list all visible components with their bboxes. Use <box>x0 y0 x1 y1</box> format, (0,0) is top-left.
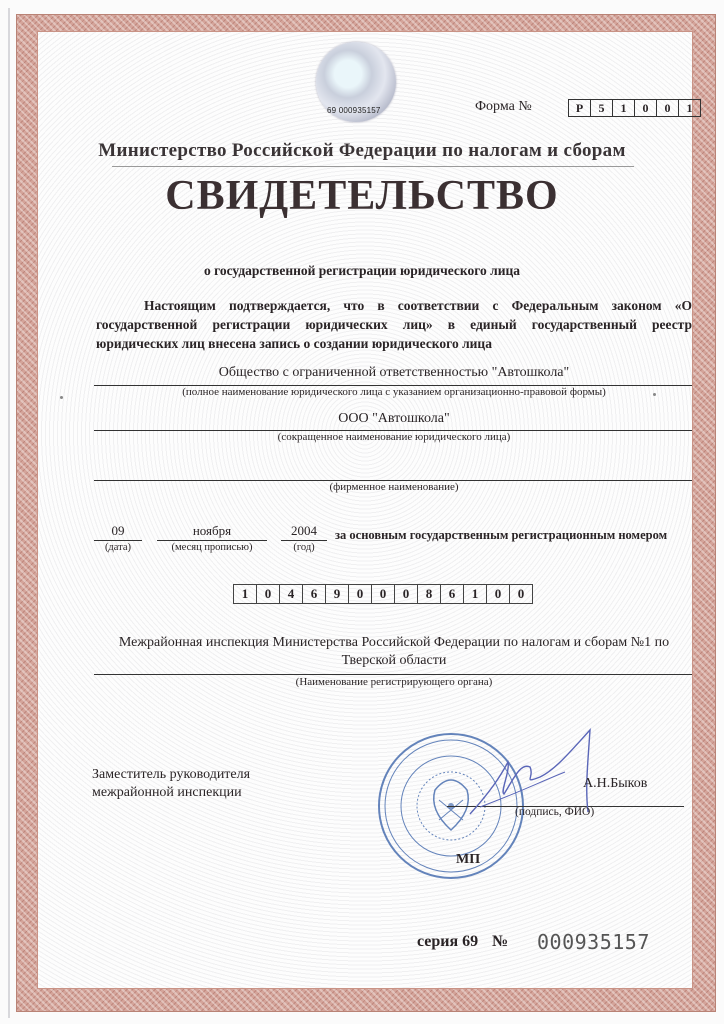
date-year: 2004 <box>281 523 327 539</box>
form-code-cell: 1 <box>679 100 700 116</box>
ogrn-digit-cell: 9 <box>326 585 349 603</box>
date-day: 09 <box>94 523 142 539</box>
authority-caption: (Наименование регистрирующего органа) <box>96 676 692 688</box>
date-day-caption: (дата) <box>94 542 142 553</box>
form-code-cell: 0 <box>657 100 679 116</box>
ogrn-digit-cell: 0 <box>510 585 532 603</box>
ogrn-digit-cell: 6 <box>303 585 326 603</box>
form-code-cell: 5 <box>591 100 613 116</box>
full-name-value: Общество с ограниченной ответственностью… <box>96 365 692 381</box>
authority-line <box>94 674 692 675</box>
form-code-cell: 0 <box>635 100 657 116</box>
ministry-heading: Министерство Российской Федерации по нал… <box>0 140 724 162</box>
date-year-line <box>281 540 327 541</box>
series-text: серия 69 <box>417 933 478 950</box>
ogrn-digit-cell: 0 <box>372 585 395 603</box>
ogrn-digit-cell: 1 <box>234 585 257 603</box>
ornamental-border <box>16 14 716 1012</box>
short-name-value: ООО "Автошкола" <box>96 411 692 427</box>
ogrn-digit-cell: 8 <box>418 585 441 603</box>
number-sign: № <box>492 933 508 950</box>
form-code: Р51001 <box>568 99 701 117</box>
form-label: Форма № <box>475 99 532 115</box>
serial-number: 000935157 <box>537 930 650 954</box>
date-year-caption: (год) <box>281 542 327 553</box>
ogrn-digit-cell: 0 <box>349 585 372 603</box>
hologram-number: 69 000935157 <box>327 106 381 115</box>
signer-position: Заместитель руководителя межрайонной инс… <box>92 766 262 802</box>
ogrn-digit-cell: 0 <box>487 585 510 603</box>
short-name-caption: (сокращенное наименование юридического л… <box>96 431 692 443</box>
speck <box>60 396 63 399</box>
divider <box>112 166 634 167</box>
document-subtitle: о государственной регистрации юридическо… <box>0 263 724 279</box>
ogrn-number: 1046900086100 <box>233 584 533 604</box>
speck <box>653 393 656 396</box>
ogrn-digit-cell: 0 <box>395 585 418 603</box>
date-day-line <box>94 540 142 541</box>
series-label: серия 69 № <box>417 933 508 951</box>
signer-name: А.Н.Быков <box>583 776 647 792</box>
date-month-caption: (месяц прописью) <box>157 542 267 553</box>
ogrn-digit-cell: 4 <box>280 585 303 603</box>
form-code-cell: 1 <box>613 100 635 116</box>
date-month: ноября <box>157 523 267 539</box>
full-name-caption: (полное наименование юридического лица с… <box>96 386 692 398</box>
certification-paragraph: Настоящим подтверждается, что в соответс… <box>96 296 692 353</box>
brand-name-caption: (фирменное наименование) <box>96 481 692 493</box>
ogrn-digit-cell: 1 <box>464 585 487 603</box>
reg-number-label: за основным государственным регистрацион… <box>335 528 667 543</box>
form-code-cell: Р <box>569 100 591 116</box>
signature-caption: (подпись, ФИО) <box>515 806 594 818</box>
seal-mark: МП <box>456 852 480 868</box>
ogrn-digit-cell: 0 <box>257 585 280 603</box>
ogrn-digit-cell: 6 <box>441 585 464 603</box>
document-title: СВИДЕТЕЛЬСТВО <box>0 172 724 220</box>
registering-authority-value: Межрайонная инспекция Министерства Росси… <box>96 634 692 670</box>
date-month-line <box>157 540 267 541</box>
